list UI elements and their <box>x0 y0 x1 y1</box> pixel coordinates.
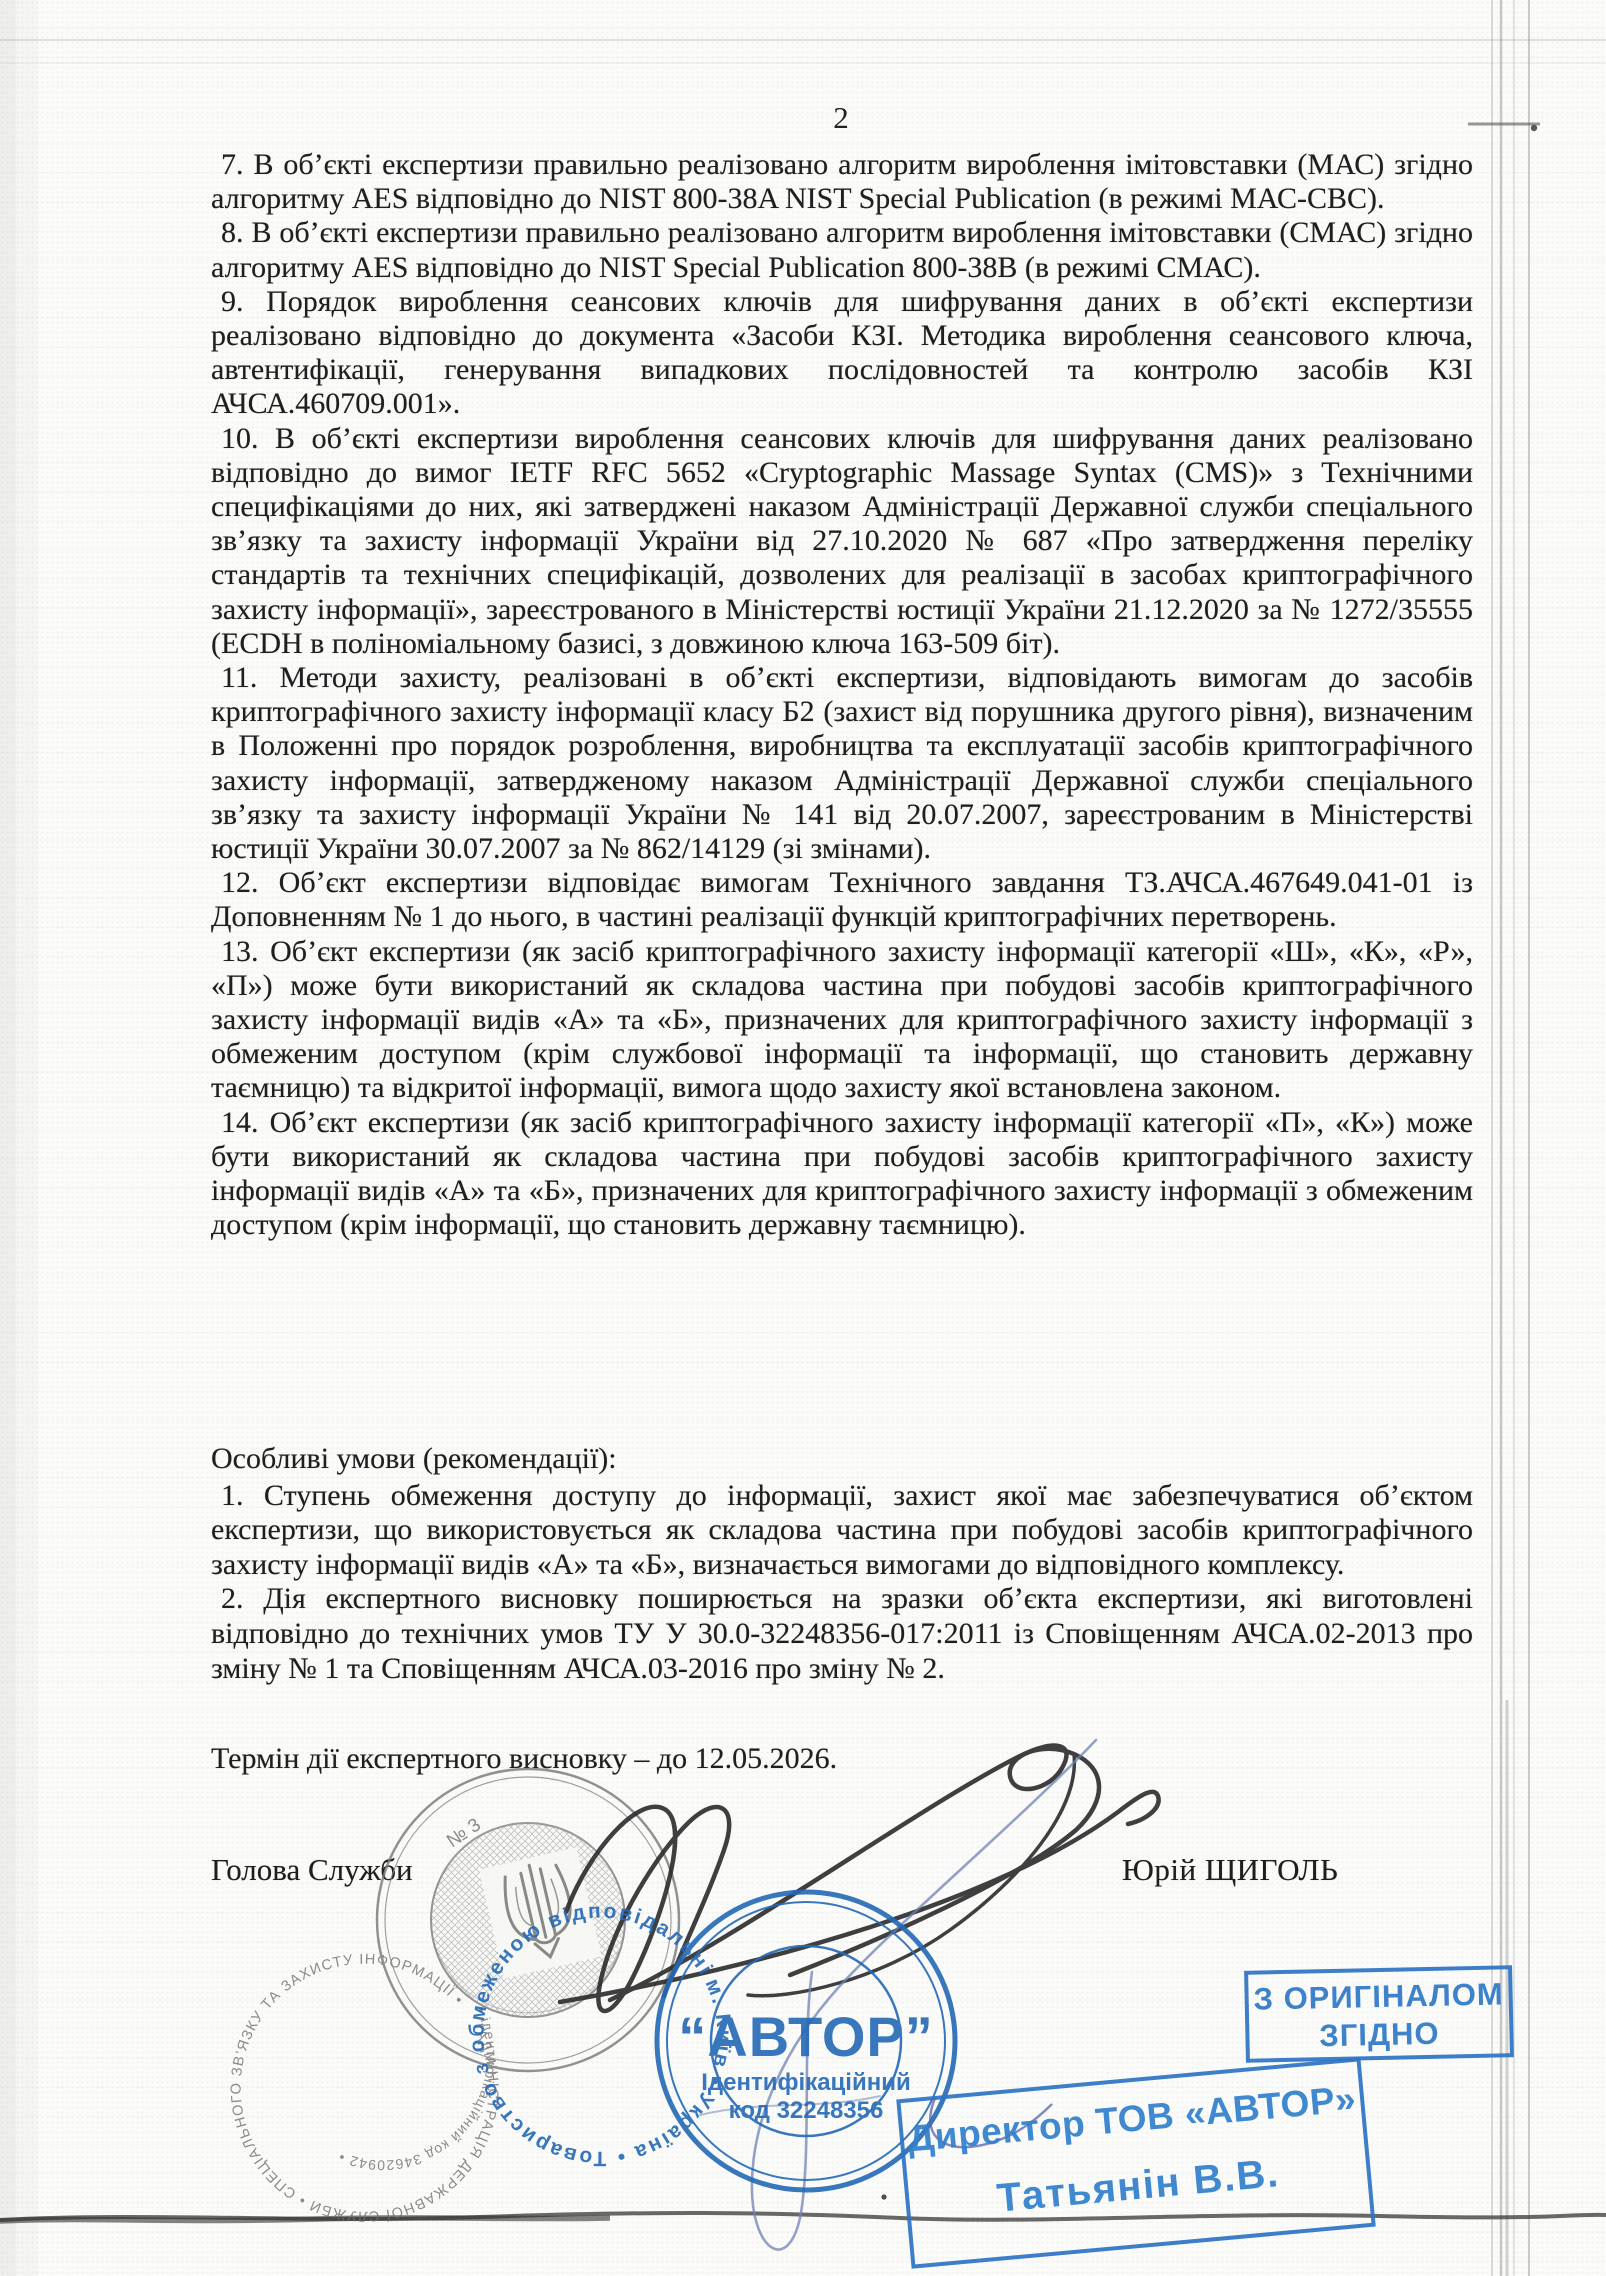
paragraph-12: 12. Об’єкт експертизи відповідає вимогам… <box>211 866 1473 934</box>
validity-line: Термін дії експертного висновку – до 12.… <box>211 1742 1473 1776</box>
copy-stamp-line1: З ОРИГІНАЛОМ <box>1248 1975 1509 2018</box>
paragraph-13: 13. Об’єкт експертизи (як засіб криптогр… <box>211 935 1473 1106</box>
special-condition-1: 1. Ступень обмеження доступу до інформац… <box>211 1479 1473 1583</box>
paragraph-8: 8. В об’єкті експертизи правильно реаліз… <box>211 216 1473 284</box>
certified-copy-stamp: З ОРИГІНАЛОМ ЗГІДНО <box>1244 1965 1514 2063</box>
paragraph-7: 7. В об’єкті експертизи правильно реаліз… <box>211 148 1473 216</box>
paragraph-10: 10. В об’єкті експертизи вироблення сеан… <box>211 422 1473 661</box>
special-conditions-section: Особливі умови (рекомендації): 1. Ступен… <box>211 1442 1473 1686</box>
signer-name: Юрій ЩИГОЛЬ <box>1122 1852 1338 1888</box>
paragraph-14: 14. Об’єкт експертизи (як засіб криптогр… <box>211 1106 1473 1243</box>
paragraph-11: 11. Методи захисту, реалізовані в об’єкт… <box>211 661 1473 866</box>
signature-row: Голова Служби Юрій ЩИГОЛЬ <box>0 1852 1606 1892</box>
copy-stamp-line2: ЗГІДНО <box>1249 2013 1510 2056</box>
signer-title: Голова Служби <box>211 1852 413 1888</box>
document-text-layer: 2 7. В об’єкті експертизи правильно реал… <box>0 0 1606 2276</box>
page-number: 2 <box>211 100 1471 136</box>
special-condition-2: 2. Дія експертного висновку поширюється … <box>211 1582 1473 1686</box>
scanned-document-page: 2 7. В об’єкті експертизи правильно реал… <box>0 0 1606 2276</box>
main-paragraphs: 7. В об’єкті експертизи правильно реаліз… <box>211 148 1473 1243</box>
special-conditions-heading: Особливі умови (рекомендації): <box>211 1442 1473 1477</box>
director-stamp-name: Татьянін В.В. <box>908 2143 1368 2229</box>
paragraph-9: 9. Порядок вироблення сеансових ключів д… <box>211 285 1473 422</box>
